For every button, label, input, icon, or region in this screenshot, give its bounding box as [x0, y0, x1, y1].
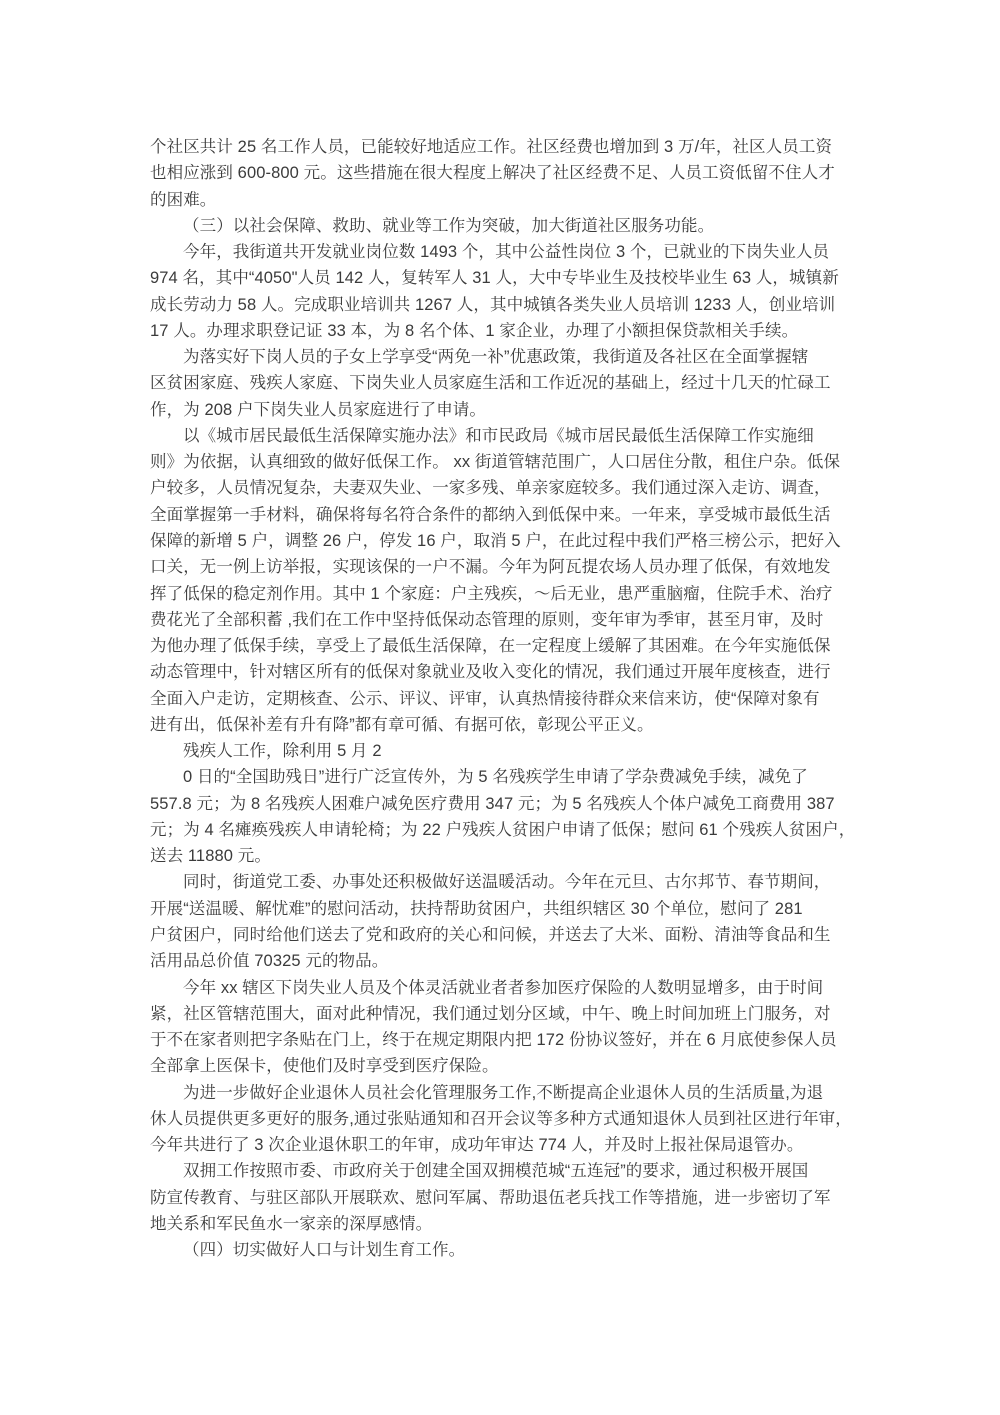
text-line: 则》为依据，认真细致的做好低保工作。 xx 街道管辖范围广，人口居住分散，租住户… [150, 449, 862, 475]
text-line: 全面掌握第一手材料，确保将每名符合条件的都纳入到低保中来。一年来，享受城市最低生… [150, 502, 862, 528]
text-line: 今年共进行了 3 次企业退休职工的年审，成功年审达 774 人，并及时上报社保局… [150, 1132, 862, 1158]
document-page: 个社区共计 25 名工作人员，已能较好地适应工作。社区经费也增加到 3 万/年，… [0, 0, 1000, 1415]
text-line: 进有出，低保补差有升有降”都有章可循、有据可依，彰现公平正义。 [150, 712, 862, 738]
text-line: 费花光了全部积蓄 ,我们在工作中坚持低保动态管理的原则，变年审为季审，甚至月审，… [150, 607, 862, 633]
text-line: 为进一步做好企业退休人员社会化管理服务工作,不断提高企业退休人员的生活质量,为退 [150, 1080, 862, 1106]
text-line: 口关，无一例上访举报，实现该保的一户不漏。今年为阿瓦提农场人员办理了低保，有效地… [150, 554, 862, 580]
text-line: 残疾人工作，除利用 5 月 2 [150, 738, 862, 764]
text-line: 个社区共计 25 名工作人员，已能较好地适应工作。社区经费也增加到 3 万/年，… [150, 134, 862, 160]
text-line: 0 日的“全国助残日”进行广泛宣传外，为 5 名残疾学生申请了学杂费减免手续，减… [150, 764, 862, 790]
text-line: 元；为 4 名瘫痪残疾人申请轮椅；为 22 户残疾人贫困户申请了低保；慰问 61… [150, 817, 862, 843]
text-line: 送去 11880 元。 [150, 843, 862, 869]
text-line: 保障的新增 5 户，调整 26 户，停发 16 户，取消 5 户，在此过程中我们… [150, 528, 862, 554]
text-line: 于不在家者则把字条贴在门上，终于在规定期限内把 172 份协议签好，并在 6 月… [150, 1027, 862, 1053]
text-line: （四）切实做好人口与计划生育工作。 [150, 1237, 862, 1263]
text-line: 活用品总价值 70325 元的物品。 [150, 948, 862, 974]
text-line: 开展“送温暖、解忧难”的慰问活动，扶持帮助贫困户，共组织辖区 30 个单位，慰问… [150, 896, 862, 922]
text-line: （三）以社会保障、救助、就业等工作为突破，加大街道社区服务功能。 [150, 213, 862, 239]
text-line: 同时，街道党工委、办事处还积极做好送温暖活动。今年在元旦、古尔邦节、春节期间， [150, 869, 862, 895]
text-line: 区贫困家庭、残疾人家庭、下岗失业人员家庭生活和工作近况的基础上，经过十几天的忙碌… [150, 370, 862, 396]
text-line: 974 名，其中“4050"人员 142 人，复转军人 31 人，大中专毕业生及… [150, 265, 862, 291]
text-line: 地关系和军民鱼水一家亲的深厚感情。 [150, 1211, 862, 1237]
text-line: 也相应涨到 600-800 元。这些措施在很大程度上解决了社区经费不足、人员工资… [150, 160, 862, 186]
text-line: 17 人。办理求职登记证 33 本，为 8 名个体、1 家企业，办理了小额担保贷… [150, 318, 862, 344]
text-line: 557.8 元；为 8 名残疾人困难户减免医疗费用 347 元；为 5 名残疾人… [150, 791, 862, 817]
text-line: 紧，社区管辖范围大，面对此种情况，我们通过划分区域，中午、晚上时间加班上门服务，… [150, 1001, 862, 1027]
text-line: 的困难。 [150, 187, 862, 213]
text-line: 挥了低保的稳定剂作用。其中 1 个家庭：户主残疾，～后无业，患严重脑瘤，住院手术… [150, 581, 862, 607]
text-line: 休人员提供更多更好的服务,通过张贴通知和召开会议等多种方式通知退休人员到社区进行… [150, 1106, 862, 1132]
text-line: 作，为 208 户下岗失业人员家庭进行了申请。 [150, 397, 862, 423]
text-line: 今年，我街道共开发就业岗位数 1493 个，其中公益性岗位 3 个，已就业的下岗… [150, 239, 862, 265]
text-line: 以《城市居民最低生活保障实施办法》和市民政局《城市居民最低生活保障工作实施细 [150, 423, 862, 449]
text-line: 为他办理了低保手续，享受上了最低生活保障，在一定程度上缓解了其困难。在今年实施低… [150, 633, 862, 659]
text-line: 全部拿上医保卡，使他们及时享受到医疗保险。 [150, 1053, 862, 1079]
text-line: 户贫困户，同时给他们送去了党和政府的关心和问候，并送去了大米、面粉、清油等食品和… [150, 922, 862, 948]
text-line: 双拥工作按照市委、市政府关于创建全国双拥模范城“五连冠”的要求，通过积极开展国 [150, 1158, 862, 1184]
document-body: 个社区共计 25 名工作人员，已能较好地适应工作。社区经费也增加到 3 万/年，… [150, 134, 862, 1263]
text-line: 为落实好下岗人员的子女上学享受“两免一补”优惠政策，我街道及各社区在全面掌握辖 [150, 344, 862, 370]
text-line: 成长劳动力 58 人。完成职业培训共 1267 人，其中城镇各类失业人员培训 1… [150, 292, 862, 318]
text-line: 全面入户走访，定期核查、公示、评议、评审，认真热情接待群众来信来访，使“保障对象… [150, 686, 862, 712]
text-line: 今年 xx 辖区下岗失业人员及个体灵活就业者者参加医疗保险的人数明显增多，由于时… [150, 975, 862, 1001]
text-line: 动态管理中，针对辖区所有的低保对象就业及收入变化的情况，我们通过开展年度核查，进… [150, 659, 862, 685]
text-line: 户较多，人员情况复杂，夫妻双失业、一家多残、单亲家庭较多。我们通过深入走访、调查… [150, 475, 862, 501]
text-line: 防宣传教育、与驻区部队开展联欢、慰问军属、帮助退伍老兵找工作等措施，进一步密切了… [150, 1185, 862, 1211]
